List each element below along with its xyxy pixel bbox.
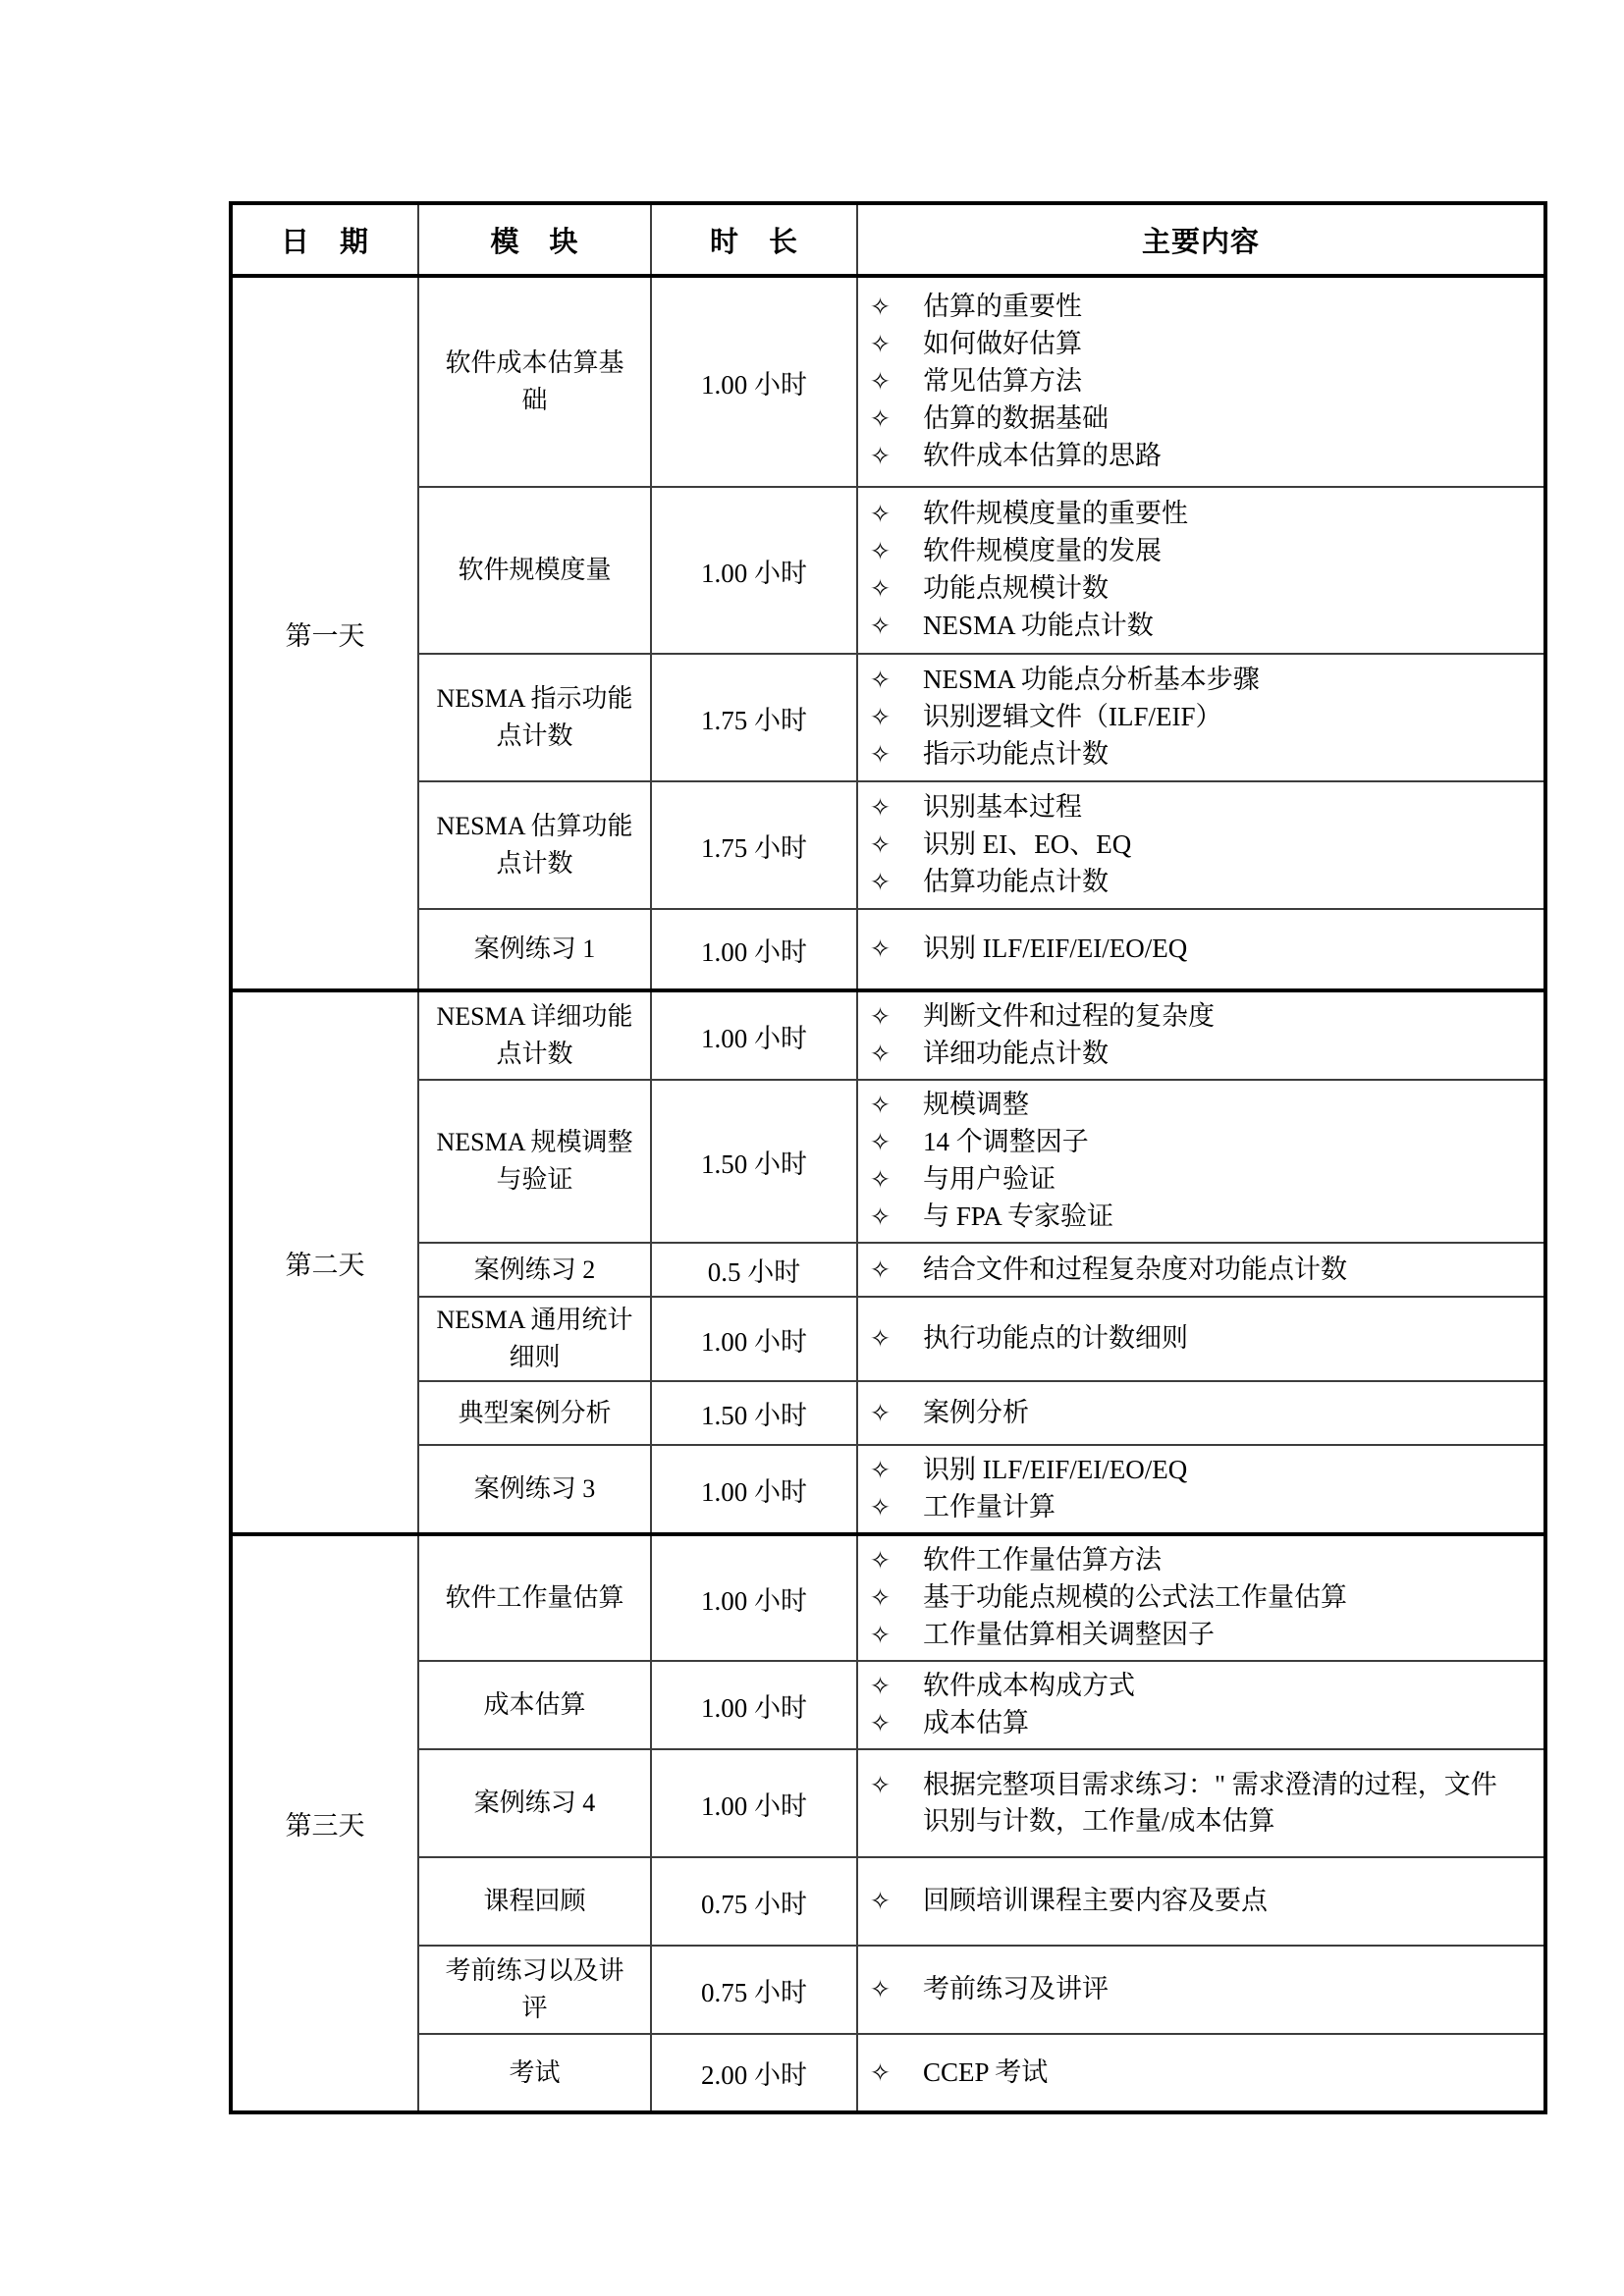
header-content: 主要内容 xyxy=(857,203,1545,276)
duration-cell: 1.75 小时 xyxy=(651,781,857,909)
duration-cell: 1.00 小时 xyxy=(651,487,857,654)
four-pointed-star-icon: ✧ xyxy=(870,1321,923,1358)
duration-cell: 0.75 小时 xyxy=(651,1946,857,2034)
module-cell: 考试 xyxy=(418,2034,651,2112)
four-pointed-star-icon: ✧ xyxy=(870,1037,923,1073)
bullet-item-text: 估算的重要性 xyxy=(923,289,1504,325)
four-pointed-star-icon: ✧ xyxy=(870,401,923,438)
four-pointed-star-icon: ✧ xyxy=(870,737,923,774)
four-pointed-star-icon: ✧ xyxy=(870,1200,923,1236)
schedule-row: 第一天软件成本估算基础1.00 小时✧估算的重要性✧如何做好估算✧常见估算方法✧… xyxy=(231,276,1545,487)
duration-cell: 1.50 小时 xyxy=(651,1381,857,1445)
four-pointed-star-icon: ✧ xyxy=(870,1618,923,1654)
four-pointed-star-icon: ✧ xyxy=(870,1768,923,1804)
bullet-item-text: 识别 ILF/EIF/EI/EO/EQ xyxy=(923,1452,1504,1488)
module-cell: NESMA 估算功能点计数 xyxy=(418,781,651,909)
bullet-item-text: 工作量计算 xyxy=(923,1489,1504,1525)
content-cell: ✧软件成本构成方式✧成本估算 xyxy=(857,1661,1545,1749)
bullet-item-text: 规模调整 xyxy=(923,1087,1504,1123)
bullet-item: ✧软件工作量估算方法 xyxy=(870,1542,1504,1579)
bullet-item: ✧详细功能点计数 xyxy=(870,1036,1504,1073)
schedule-row: 课程回顾0.75 小时✧回顾培训课程主要内容及要点 xyxy=(231,1857,1545,1946)
bullet-item-text: 识别 EI、EO、EQ xyxy=(923,827,1504,863)
bullet-item: ✧14 个调整因子 xyxy=(870,1124,1504,1161)
four-pointed-star-icon: ✧ xyxy=(870,663,923,699)
bullet-item-text: CCEP 考试 xyxy=(923,2055,1504,2091)
bullet-item: ✧案例分析 xyxy=(870,1395,1504,1432)
schedule-row: 案例练习 20.5 小时✧结合文件和过程复杂度对功能点计数 xyxy=(231,1243,1545,1297)
schedule-row: 考前练习以及讲评0.75 小时✧考前练习及讲评 xyxy=(231,1946,1545,2034)
bullet-item-text: 识别 ILF/EIF/EI/EO/EQ xyxy=(923,931,1504,967)
schedule-row: NESMA 规模调整与验证1.50 小时✧规模调整✧14 个调整因子✧与用户验证… xyxy=(231,1080,1545,1243)
bullet-item-text: 如何做好估算 xyxy=(923,326,1504,362)
date-cell: 第二天 xyxy=(231,990,418,1534)
bullet-item: ✧根据完整项目需求练习：" 需求澄清的过程，文件识别与计数，工作量/成本估算 xyxy=(870,1767,1504,1840)
schedule-row: NESMA 通用统计细则1.00 小时✧执行功能点的计数细则 xyxy=(231,1297,1545,1381)
content-cell: ✧回顾培训课程主要内容及要点 xyxy=(857,1857,1545,1946)
bullet-item-text: 指示功能点计数 xyxy=(923,736,1504,773)
bullet-item-text: 考前练习及讲评 xyxy=(923,1971,1504,2007)
content-cell: ✧估算的重要性✧如何做好估算✧常见估算方法✧估算的数据基础✧软件成本估算的思路 xyxy=(857,276,1545,487)
bullet-item-text: 判断文件和过程的复杂度 xyxy=(923,998,1504,1035)
four-pointed-star-icon: ✧ xyxy=(870,790,923,827)
document-page: 日 期 模 块 时 长 主要内容 第一天软件成本估算基础1.00 小时✧估算的重… xyxy=(0,0,1624,2296)
schedule-row: 考试2.00 小时✧CCEP 考试 xyxy=(231,2034,1545,2112)
bullet-item: ✧软件规模度量的重要性 xyxy=(870,496,1504,533)
bullet-item-text: 案例分析 xyxy=(923,1395,1504,1431)
four-pointed-star-icon: ✧ xyxy=(870,1453,923,1489)
bullet-item: ✧工作量估算相关调整因子 xyxy=(870,1617,1504,1654)
bullet-item: ✧软件成本构成方式 xyxy=(870,1668,1504,1705)
table-header-row: 日 期 模 块 时 长 主要内容 xyxy=(231,203,1545,276)
content-cell: ✧CCEP 考试 xyxy=(857,2034,1545,2112)
duration-cell: 1.00 小时 xyxy=(651,990,857,1080)
bullet-item: ✧识别基本过程 xyxy=(870,789,1504,827)
bullet-item-text: 软件规模度量的重要性 xyxy=(923,496,1504,532)
bullet-item: ✧工作量计算 xyxy=(870,1489,1504,1526)
module-cell: 软件成本估算基础 xyxy=(418,276,651,487)
content-cell: ✧软件工作量估算方法✧基于功能点规模的公式法工作量估算✧工作量估算相关调整因子 xyxy=(857,1534,1545,1661)
schedule-row: 案例练习 11.00 小时✧识别 ILF/EIF/EI/EO/EQ xyxy=(231,909,1545,990)
four-pointed-star-icon: ✧ xyxy=(870,700,923,736)
bullet-item-text: 基于功能点规模的公式法工作量估算 xyxy=(923,1579,1504,1616)
bullet-item-text: NESMA 功能点分析基本步骤 xyxy=(923,662,1504,698)
bullet-item-text: 功能点规模计数 xyxy=(923,570,1504,607)
bullet-item: ✧判断文件和过程的复杂度 xyxy=(870,998,1504,1036)
module-cell: NESMA 详细功能点计数 xyxy=(418,990,651,1080)
duration-cell: 1.00 小时 xyxy=(651,909,857,990)
date-cell: 第三天 xyxy=(231,1534,418,2112)
module-cell: 软件工作量估算 xyxy=(418,1534,651,1661)
content-cell: ✧识别 ILF/EIF/EI/EO/EQ✧工作量计算 xyxy=(857,1445,1545,1534)
bullet-item-text: 软件工作量估算方法 xyxy=(923,1542,1504,1578)
content-cell: ✧NESMA 功能点分析基本步骤✧识别逻辑文件（ILF/EIF）✧指示功能点计数 xyxy=(857,654,1545,781)
duration-cell: 0.75 小时 xyxy=(651,1857,857,1946)
bullet-item: ✧识别逻辑文件（ILF/EIF） xyxy=(870,699,1504,736)
bullet-item: ✧NESMA 功能点计数 xyxy=(870,608,1504,645)
bullet-item-text: 识别逻辑文件（ILF/EIF） xyxy=(923,699,1504,735)
four-pointed-star-icon: ✧ xyxy=(870,1884,923,1920)
bullet-item-text: 软件成本估算的思路 xyxy=(923,438,1504,474)
content-cell: ✧识别 ILF/EIF/EI/EO/EQ xyxy=(857,909,1545,990)
schedule-row: 案例练习 41.00 小时✧根据完整项目需求练习：" 需求澄清的过程，文件识别与… xyxy=(231,1749,1545,1857)
bullet-item: ✧估算的数据基础 xyxy=(870,400,1504,438)
date-cell: 第一天 xyxy=(231,276,418,990)
schedule-row: 软件规模度量1.00 小时✧软件规模度量的重要性✧软件规模度量的发展✧功能点规模… xyxy=(231,487,1545,654)
schedule-row: 第三天软件工作量估算1.00 小时✧软件工作量估算方法✧基于功能点规模的公式法工… xyxy=(231,1534,1545,1661)
bullet-item: ✧指示功能点计数 xyxy=(870,736,1504,774)
four-pointed-star-icon: ✧ xyxy=(870,1253,923,1289)
content-cell: ✧识别基本过程✧识别 EI、EO、EQ✧估算功能点计数 xyxy=(857,781,1545,909)
four-pointed-star-icon: ✧ xyxy=(870,571,923,608)
bullet-item: ✧估算功能点计数 xyxy=(870,864,1504,901)
module-cell: 案例练习 3 xyxy=(418,1445,651,1534)
bullet-item: ✧常见估算方法 xyxy=(870,363,1504,400)
bullet-item: ✧识别 EI、EO、EQ xyxy=(870,827,1504,864)
module-cell: 案例练习 4 xyxy=(418,1749,651,1857)
four-pointed-star-icon: ✧ xyxy=(870,932,923,968)
bullet-item: ✧软件成本估算的思路 xyxy=(870,438,1504,475)
four-pointed-star-icon: ✧ xyxy=(870,865,923,901)
bullet-item: ✧结合文件和过程复杂度对功能点计数 xyxy=(870,1252,1504,1289)
bullet-item: ✧识别 ILF/EIF/EI/EO/EQ xyxy=(870,931,1504,968)
content-cell: ✧结合文件和过程复杂度对功能点计数 xyxy=(857,1243,1545,1297)
bullet-item-text: 成本估算 xyxy=(923,1705,1504,1741)
content-cell: ✧考前练习及讲评 xyxy=(857,1946,1545,2034)
header-duration: 时 长 xyxy=(651,203,857,276)
bullet-item: ✧执行功能点的计数细则 xyxy=(870,1320,1504,1358)
schedule-row: NESMA 指示功能点计数1.75 小时✧NESMA 功能点分析基本步骤✧识别逻… xyxy=(231,654,1545,781)
header-module: 模 块 xyxy=(418,203,651,276)
module-cell: NESMA 指示功能点计数 xyxy=(418,654,651,781)
bullet-item-text: 详细功能点计数 xyxy=(923,1036,1504,1072)
bullet-item-text: 软件成本构成方式 xyxy=(923,1668,1504,1704)
bullet-item: ✧规模调整 xyxy=(870,1087,1504,1124)
four-pointed-star-icon: ✧ xyxy=(870,999,923,1036)
module-cell: 案例练习 2 xyxy=(418,1243,651,1297)
bullet-item-text: 软件规模度量的发展 xyxy=(923,533,1504,569)
four-pointed-star-icon: ✧ xyxy=(870,290,923,326)
bullet-item: ✧考前练习及讲评 xyxy=(870,1971,1504,2008)
bullet-item-text: NESMA 功能点计数 xyxy=(923,608,1504,644)
module-cell: 软件规模度量 xyxy=(418,487,651,654)
four-pointed-star-icon: ✧ xyxy=(870,1162,923,1199)
duration-cell: 2.00 小时 xyxy=(651,2034,857,2112)
four-pointed-star-icon: ✧ xyxy=(870,1706,923,1742)
schedule-row: 典型案例分析1.50 小时✧案例分析 xyxy=(231,1381,1545,1445)
bullet-item: ✧NESMA 功能点分析基本步骤 xyxy=(870,662,1504,699)
duration-cell: 1.00 小时 xyxy=(651,1534,857,1661)
four-pointed-star-icon: ✧ xyxy=(870,2056,923,2092)
four-pointed-star-icon: ✧ xyxy=(870,1580,923,1617)
schedule-row: NESMA 估算功能点计数1.75 小时✧识别基本过程✧识别 EI、EO、EQ✧… xyxy=(231,781,1545,909)
bullet-item-text: 回顾培训课程主要内容及要点 xyxy=(923,1883,1504,1919)
four-pointed-star-icon: ✧ xyxy=(870,828,923,864)
bullet-item: ✧软件规模度量的发展 xyxy=(870,533,1504,570)
bullet-item-text: 识别基本过程 xyxy=(923,789,1504,826)
bullet-item: ✧如何做好估算 xyxy=(870,326,1504,363)
bullet-item-text: 与用户验证 xyxy=(923,1161,1504,1198)
module-cell: NESMA 通用统计细则 xyxy=(418,1297,651,1381)
content-cell: ✧判断文件和过程的复杂度✧详细功能点计数 xyxy=(857,990,1545,1080)
duration-cell: 1.00 小时 xyxy=(651,1749,857,1857)
schedule-row: 成本估算1.00 小时✧软件成本构成方式✧成本估算 xyxy=(231,1661,1545,1749)
course-schedule-table: 日 期 模 块 时 长 主要内容 第一天软件成本估算基础1.00 小时✧估算的重… xyxy=(229,201,1547,2114)
four-pointed-star-icon: ✧ xyxy=(870,439,923,475)
duration-cell: 1.00 小时 xyxy=(651,1297,857,1381)
duration-cell: 1.00 小时 xyxy=(651,276,857,487)
four-pointed-star-icon: ✧ xyxy=(870,1396,923,1432)
four-pointed-star-icon: ✧ xyxy=(870,1972,923,2008)
bullet-item: ✧功能点规模计数 xyxy=(870,570,1504,608)
four-pointed-star-icon: ✧ xyxy=(870,1490,923,1526)
bullet-item: ✧CCEP 考试 xyxy=(870,2055,1504,2092)
four-pointed-star-icon: ✧ xyxy=(870,1088,923,1124)
bullet-item: ✧与 FPA 专家验证 xyxy=(870,1199,1504,1236)
duration-cell: 1.00 小时 xyxy=(651,1661,857,1749)
four-pointed-star-icon: ✧ xyxy=(870,534,923,570)
header-date: 日 期 xyxy=(231,203,418,276)
bullet-item-text: 执行功能点的计数细则 xyxy=(923,1320,1504,1357)
duration-cell: 1.50 小时 xyxy=(651,1080,857,1243)
content-cell: ✧根据完整项目需求练习：" 需求澄清的过程，文件识别与计数，工作量/成本估算 xyxy=(857,1749,1545,1857)
four-pointed-star-icon: ✧ xyxy=(870,1669,923,1705)
bullet-item-text: 工作量估算相关调整因子 xyxy=(923,1617,1504,1653)
four-pointed-star-icon: ✧ xyxy=(870,1125,923,1161)
bullet-item: ✧基于功能点规模的公式法工作量估算 xyxy=(870,1579,1504,1617)
bullet-item-text: 结合文件和过程复杂度对功能点计数 xyxy=(923,1252,1504,1288)
bullet-item-text: 根据完整项目需求练习：" 需求澄清的过程，文件识别与计数，工作量/成本估算 xyxy=(923,1767,1504,1840)
module-cell: 成本估算 xyxy=(418,1661,651,1749)
four-pointed-star-icon: ✧ xyxy=(870,364,923,400)
schedule-row: 案例练习 31.00 小时✧识别 ILF/EIF/EI/EO/EQ✧工作量计算 xyxy=(231,1445,1545,1534)
duration-cell: 1.75 小时 xyxy=(651,654,857,781)
content-cell: ✧案例分析 xyxy=(857,1381,1545,1445)
duration-cell: 1.00 小时 xyxy=(651,1445,857,1534)
bullet-item: ✧成本估算 xyxy=(870,1705,1504,1742)
four-pointed-star-icon: ✧ xyxy=(870,327,923,363)
four-pointed-star-icon: ✧ xyxy=(870,497,923,533)
bullet-item: ✧回顾培训课程主要内容及要点 xyxy=(870,1883,1504,1920)
module-cell: 考前练习以及讲评 xyxy=(418,1946,651,2034)
bullet-item-text: 与 FPA 专家验证 xyxy=(923,1199,1504,1235)
bullet-item-text: 常见估算方法 xyxy=(923,363,1504,400)
bullet-item-text: 估算的数据基础 xyxy=(923,400,1504,437)
duration-cell: 0.5 小时 xyxy=(651,1243,857,1297)
content-cell: ✧软件规模度量的重要性✧软件规模度量的发展✧功能点规模计数✧NESMA 功能点计… xyxy=(857,487,1545,654)
module-cell: 典型案例分析 xyxy=(418,1381,651,1445)
module-cell: NESMA 规模调整与验证 xyxy=(418,1080,651,1243)
table-body: 第一天软件成本估算基础1.00 小时✧估算的重要性✧如何做好估算✧常见估算方法✧… xyxy=(231,276,1545,2112)
module-cell: 案例练习 1 xyxy=(418,909,651,990)
bullet-item: ✧估算的重要性 xyxy=(870,289,1504,326)
four-pointed-star-icon: ✧ xyxy=(870,609,923,645)
bullet-item-text: 估算功能点计数 xyxy=(923,864,1504,900)
content-cell: ✧规模调整✧14 个调整因子✧与用户验证✧与 FPA 专家验证 xyxy=(857,1080,1545,1243)
schedule-row: 第二天NESMA 详细功能点计数1.00 小时✧判断文件和过程的复杂度✧详细功能… xyxy=(231,990,1545,1080)
bullet-item-text: 14 个调整因子 xyxy=(923,1124,1504,1160)
four-pointed-star-icon: ✧ xyxy=(870,1543,923,1579)
bullet-item: ✧识别 ILF/EIF/EI/EO/EQ xyxy=(870,1452,1504,1489)
content-cell: ✧执行功能点的计数细则 xyxy=(857,1297,1545,1381)
module-cell: 课程回顾 xyxy=(418,1857,651,1946)
bullet-item: ✧与用户验证 xyxy=(870,1161,1504,1199)
